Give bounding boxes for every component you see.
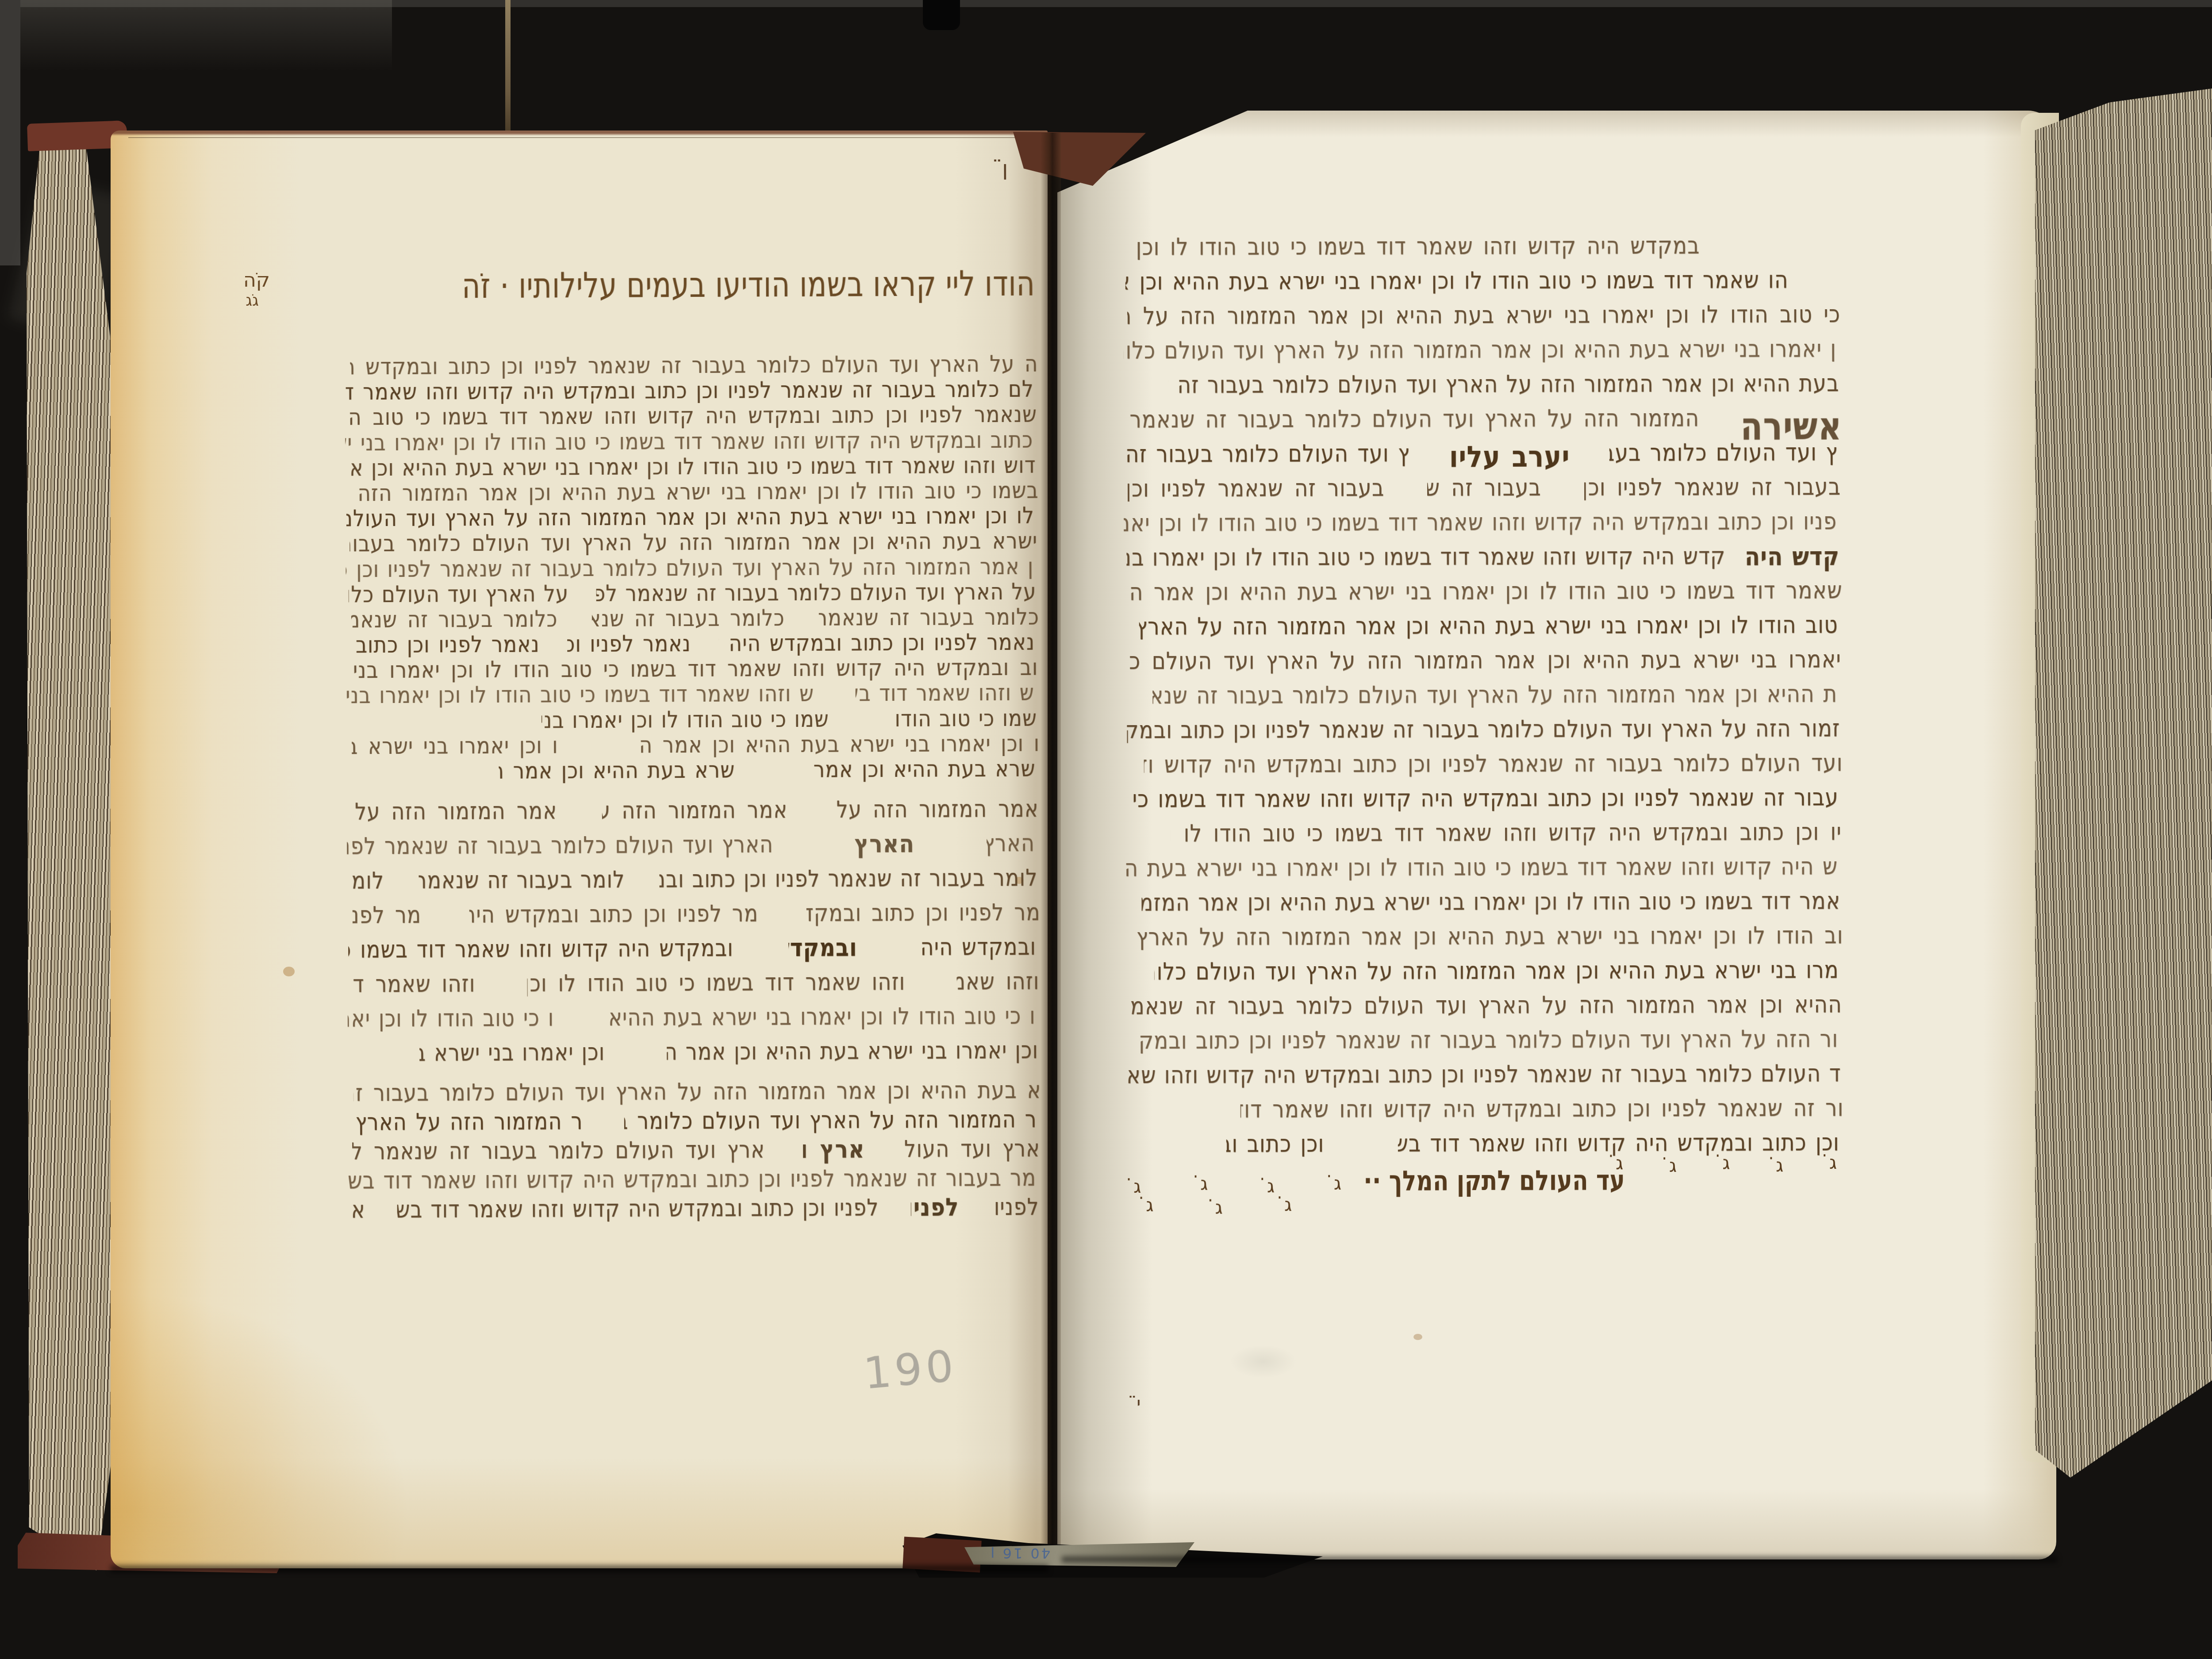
script-segment: ץ ועד העולם כלומר בעבור זה שנאמר לפניו ו… [1609, 438, 1838, 478]
script-line: וב הודו לו וכן יאמרו בני ישרא בעת ההיא ו… [1130, 922, 1843, 958]
script-segment: מר לפניו וכן כתוב ובמקדש היה קדוש וזהו ש… [353, 901, 422, 941]
text-block: א בעת ההיא וכן אמר המזמור הזה על הארץ וע… [350, 1076, 1039, 1225]
script-segment: הארץ ועד העולם כלומר בעבור זה שנאמר לפני… [845, 830, 914, 870]
script-line: וזהו שאמר דוד בשמו כי טוב הודו לו וכן יא… [351, 968, 1039, 1005]
script-line: עבור זה שנאמר לפניו וכן כתוב ובמקדש היה … [1125, 783, 1839, 820]
script-line: שאמר דוד בשמו כי טוב הודו לו וכן יאמרו ב… [1129, 576, 1843, 613]
scribal-filler-marks-left: ג̇ג̇ג̇ [1146, 1195, 1292, 1217]
script-segment: לפניו וכן כתוב ובמקדש היה קדוש וזהו שאמר… [911, 1193, 959, 1227]
script-segment: אמר המזמור הזה על הארץ ועד העולם כלומר ב… [351, 797, 557, 837]
script-line: ש וזהו שאמר דוד בשמו כי טוב הודו לו וכן … [346, 679, 1034, 707]
script-line: קדש היה קדוש וזהו שאמר דוד בשמו כי טוב ה… [1126, 542, 1839, 578]
right-page-text: ג̇ג̇ג̇ג̇ג̇ עד העולם לתקן המלך ·· ג̇ג̇ג̇ג… [1125, 0, 1843, 1659]
script-segment: שרא בעת ההיא וכן אמר המזמור הזה על הארץ … [499, 757, 735, 787]
left-page-text: ן̈ הודו ליי קראו בשמו הודיעו בעמים עלילו… [346, 0, 1041, 1659]
manuscript-photo: 40 ׀ 16 קֹה גֹג ן̈ הודו ליי קראו בשמו הו… [0, 0, 2212, 1659]
script-segment: וכן יאמרו בני ישרא בעת ההיא וכן אמר המזמ… [419, 1038, 605, 1079]
script-line: בעת ההיא וכן אמר המזמור הזה על הארץ ועד … [1148, 369, 1839, 406]
script-line: דוש וזהו שאמר דוד בשמו כי טוב הודו לו וכ… [348, 451, 1036, 480]
script-segment: לומר בעבור זה שנאמר לפניו וכן כתוב ובמקד… [349, 867, 384, 906]
script-line: וכן יאמרו בני ישרא בעת ההיא וכן אמר המזמ… [419, 1037, 1039, 1074]
table-felt-patch [20, 0, 392, 71]
script-line: אשירההמזמור הזה על הארץ ועד העולם כלומר … [1129, 404, 1842, 440]
text-block: ה על הארץ ועד העולם כלומר בעבור זה שנאמר… [347, 350, 1037, 783]
script-line: כתוב ובמקדש היה קדוש וזהו שאמר דוד בשמו … [345, 426, 1033, 454]
script-line: ישרא בעת ההיא וכן אמר המזמור הזה על הארץ… [349, 527, 1037, 556]
quire-mark-bottom: י̈ [1137, 1394, 1141, 1414]
script-segment: ארץ ועד העולם כלומר בעבור זה שנאמר לפניו… [803, 1135, 865, 1169]
script-line: לפניו וכן כתוב ובמקדש היה קדוש וזהו שאמר… [351, 1193, 1039, 1225]
script-line: ר המזמור הזה על הארץ ועד העולם כלומר בעב… [349, 1106, 1037, 1138]
script-line: מר לפניו וכן כתוב ובמקדש היה קדוש וזהו ש… [353, 899, 1041, 936]
script-line: מרו בני ישרא בעת ההיא וכן אמר המזמור הזה… [1140, 956, 1839, 992]
gimel-filler-mark: ג̇ [1284, 1194, 1292, 1215]
script-segment: ץ ועד העולם כלומר בעבור זה שנאמר לפניו ו… [1125, 439, 1410, 480]
psalm-number-margin-note: קֹה גֹג [223, 269, 290, 310]
script-segment: וזהו שאמר דוד בשמו כי טוב הודו לו וכן יא… [957, 968, 1040, 1007]
script-line: פניו וכן כתוב ובמקדש היה קדוש וזהו שאמר … [1124, 507, 1837, 544]
psalm-header-line: הודו ליי קראו בשמו הודיעו בעמים עלילותיו… [347, 263, 1035, 307]
script-line: ו וכן יאמרו בני ישרא בעת ההיא וכן אמר המ… [352, 730, 1040, 758]
script-line: כי טוב הודו לו וכן יאמרו בני ישרא בעת הה… [1127, 300, 1840, 337]
script-line: יו וכן כתוב ובמקדש היה קדוש וזהו שאמר דו… [1150, 818, 1842, 854]
right-fore-edge-leaves [2035, 88, 2212, 1478]
table-felt-edge [0, 0, 20, 265]
script-segment: ארץ ועד העולם כלומר בעבור זה שנאמר לפניו… [902, 1135, 1040, 1169]
script-line: ההיא וכן אמר המזמור הזה על הארץ ועד העול… [1129, 991, 1842, 1027]
script-line: ארץ ועד העולם כלומר בעבור זה שנאמר לפניו… [352, 1135, 1040, 1167]
script-line: לומר בעבור זה שנאמר לפניו וכן כתוב ובמקד… [349, 864, 1037, 902]
script-line: הארץ ועד העולם כלומר בעבור זה שנאמר לפני… [347, 829, 1035, 867]
script-segment: וזהו שאמר דוד בשמו כי טוב הודו לו וכן יא… [351, 970, 475, 1010]
gimel-filler-mark: ג̇ [1200, 1173, 1208, 1194]
script-line: נאמר לפניו וכן כתוב ובמקדש היה קדוש וזהו… [347, 629, 1035, 657]
script-line: יאמרו בני ישרא בעת ההיא וכן אמר המזמור ה… [1128, 645, 1841, 682]
script-segment: לפניו וכן כתוב ובמקדש היה קדוש וזהו שאמר… [991, 1193, 1039, 1227]
closing-line: עד העולם לתקן המלך ·· [1363, 1165, 1625, 1198]
script-line: אמר דוד בשמו כי טוב הודו לו וכן יאמרו בנ… [1134, 887, 1840, 923]
script-segment: וכן כתוב ובמקדש היה קדוש וזהו שאמר דוד ב… [1398, 1129, 1839, 1169]
script-line: ן אמר המזמור הזה על הארץ ועד העולם כלומר… [346, 553, 1033, 581]
script-segment: ובמקדש היה קדוש וזהו שאמר דוד בשמו כי טו… [788, 933, 857, 973]
script-line: ובמקדש היה קדוש וזהו שאמר דוד בשמו כי טו… [348, 933, 1036, 971]
script-line: לו וכן יאמרו בני ישרא בעת ההיא וכן אמר ה… [346, 502, 1034, 530]
script-line: ץ ועד העולם כלומר בעבור זה שנאמר לפניו ו… [1125, 438, 1838, 475]
scribal-filler-marks-left: ג̇ג̇ג̇ג̇ [1133, 1174, 1341, 1196]
script-line: שנאמר לפניו וכן כתוב ובמקדש היה קדוש וזה… [349, 401, 1037, 429]
script-line: לם כלומר בעבור זה שנאמר לפניו וכן כתוב ו… [346, 376, 1034, 404]
script-line: בעבור זה שנאמר לפניו וכן כתוב ובמקדש היה… [1128, 473, 1841, 509]
script-line: זמור הזה על הארץ ועד העולם כלומר בעבור ז… [1127, 714, 1840, 751]
script-line: שמו כי טוב הודו לו וכן יאמרו בני ישרא בע… [541, 704, 1037, 732]
script-line: וב ובמקדש היה קדוש וזהו שאמר דוד בשמו כי… [350, 654, 1038, 682]
script-line: ש היה קדוש וזהו שאמר דוד בשמו כי טוב הוד… [1125, 853, 1838, 889]
psalm-number: קֹה [223, 269, 290, 292]
script-segment: בעבור זה שנאמר לפניו וכן כתוב ובמקדש היה… [1128, 474, 1385, 514]
text-block: אמר המזמור הזה על הארץ ועד העולם כלומר ב… [349, 795, 1039, 1074]
pencil-folio-number: 190 [861, 1341, 959, 1399]
script-line: ור הזה על הארץ ועד העולם כלומר בעבור זה … [1132, 1025, 1838, 1061]
script-line: מר בעבור זה שנאמר לפניו וכן כתוב ובמקדש … [348, 1164, 1036, 1196]
quire-mark-top: ן̈ [1002, 156, 1008, 180]
gimel-filler-mark: ג̇ [1334, 1172, 1341, 1194]
margin-note-lower-letters: גֹג [219, 292, 285, 310]
script-line: טוב הודו לו וכן יאמרו בני ישרא בעת ההיא … [1132, 611, 1838, 647]
script-line: ן יאמרו בני ישרא בעת ההיא וכן אמר המזמור… [1123, 335, 1836, 371]
gimel-filler-mark: ג̇ [1215, 1197, 1223, 1218]
script-segment: וכן כתוב ובמקדש היה קדוש וזהו שאמר דוד ב… [1226, 1130, 1324, 1170]
script-segment: שרא בעת ההיא וכן אמר המזמור הזה על הארץ … [810, 755, 1036, 785]
script-segment: אמר המזמור הזה על הארץ ועד העולם כלומר ב… [602, 796, 787, 836]
script-line: כלומר בעבור זה שנאמר לפניו וכן כתוב ובמק… [351, 603, 1039, 631]
script-segment: לפניו וכן כתוב ובמקדש היה קדוש וזהו שאמר… [397, 1194, 879, 1229]
script-line: ת ההיא וכן אמר המזמור הזה על הארץ ועד הע… [1138, 680, 1837, 716]
script-segment: קדש היה קדוש וזהו שאמר דוד בשמו כי טוב ה… [1747, 542, 1840, 581]
script-line: ד העולם כלומר בעבור זה שנאמר לפניו וכן כ… [1128, 1060, 1841, 1096]
script-segment: ובמקדש היה קדוש וזהו שאמר דוד בשמו כי טו… [912, 933, 1036, 973]
script-segment: וכן יאמרו בני ישרא בעת ההיא וכן אמר המזמ… [667, 1037, 1038, 1078]
gimel-filler-mark: ג̇ [1133, 1175, 1141, 1197]
script-line: ה על הארץ ועד העולם כלומר בעבור זה שנאמר… [350, 350, 1038, 379]
script-segment: בעבור זה שנאמר לפניו וכן כתוב ובמקדש היה… [1427, 474, 1541, 514]
gimel-filler-mark: ג̇ [1146, 1194, 1153, 1216]
script-line: הו שאמר דוד בשמו כי טוב הודו לו וכן יאמר… [1125, 266, 1789, 302]
script-segment: בעבור זה שנאמר לפניו וכן כתוב ובמקדש היה… [1584, 473, 1841, 513]
script-line: על הארץ ועד העולם כלומר בעבור זה שנאמר ל… [349, 578, 1037, 606]
script-word: יערב עליו [1449, 439, 1570, 479]
gutter-crease [1041, 133, 1061, 1562]
script-word: א [351, 1196, 365, 1229]
script-line: ו כי טוב הודו לו וכן יאמרו בני ישרא בעת … [348, 1002, 1036, 1040]
text-block: במקדש היה קדוש וזהו שאמר דוד בשמו כי טוב… [1125, 231, 1841, 1165]
script-line: וכן כתוב ובמקדש היה קדוש וזהו שאמר דוד ב… [1226, 1129, 1839, 1165]
script-line: א בעת ההיא וכן אמר המזמור הזה על הארץ וע… [353, 1076, 1041, 1109]
script-line: אמר המזמור הזה על הארץ ועד העולם כלומר ב… [351, 795, 1039, 833]
script-line: ור זה שנאמר לפניו וכן כתוב ובמקדש היה קד… [1188, 1094, 1844, 1130]
ink-stain [283, 967, 295, 976]
script-line: שרא בעת ההיא וכן אמר המזמור הזה על הארץ … [499, 755, 1035, 783]
script-segment: הארץ ועד העולם כלומר בעבור זה שנאמר לפני… [987, 829, 1035, 869]
script-line: במקדש היה קדוש וזהו שאמר דוד בשמו כי טוב… [1129, 232, 1700, 268]
script-line: ועד העולם כלומר בעבור זה שנאמר לפניו וכן… [1137, 749, 1843, 785]
gimel-filler-mark: ג̇ [1267, 1175, 1275, 1197]
script-line: בשמו כי טוב הודו לו וכן יאמרו בני ישרא ב… [351, 477, 1039, 505]
